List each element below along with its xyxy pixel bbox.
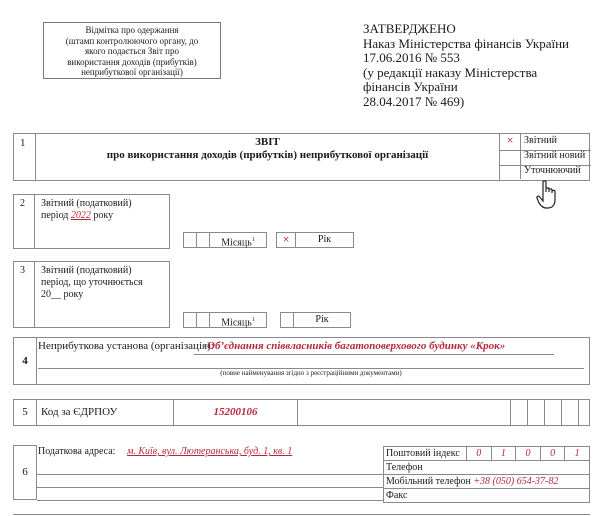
month-checkbox-2[interactable] [197, 313, 210, 327]
report-type-clarifying[interactable]: Уточнюючий [499, 164, 591, 180]
organization-name-field[interactable]: Об’єднання співвласників багатоповерхово… [207, 340, 505, 352]
postal-digit[interactable]: 1 [491, 447, 516, 460]
year-checkbox[interactable]: × [277, 233, 296, 247]
year-label: Рік [294, 313, 350, 327]
edrpou-blank-field[interactable] [297, 400, 511, 425]
row-number: 5 [14, 400, 37, 425]
reporting-period-row: 2 Звітний (податковий) період 2022 року [13, 194, 170, 249]
year-checkbox[interactable] [281, 313, 294, 327]
approval-block: ЗАТВЕРДЖЕНО Наказ Міністерства фінансів … [363, 22, 593, 110]
address-field[interactable]: м. Київ, вул. Лютеранська, буд. 1, кв. 1 [127, 446, 292, 457]
stamp-line: неприбуткової організації) [44, 67, 220, 78]
clarified-month-selector: Місяць1 [183, 312, 267, 328]
period-prefix: період [41, 210, 68, 221]
hand-pointer-cursor-icon [536, 180, 558, 210]
month-checkbox[interactable] [184, 313, 197, 327]
digit-box[interactable] [510, 400, 528, 425]
reporting-period-label: Звітний (податковий) період 2022 року [41, 198, 169, 222]
period-label-line: Звітний (податковий) [41, 198, 169, 210]
report-title: ЗВІТ про використання доходів (прибутків… [36, 134, 499, 180]
organization-label: Неприбуткова установа (організація): [38, 340, 214, 352]
digit-box[interactable] [544, 400, 562, 425]
report-heading: ЗВІТ [36, 136, 499, 149]
stamp-line: Відмітка про одержання [44, 25, 220, 36]
checkbox-reporting-new[interactable] [500, 149, 521, 164]
clarified-period-row: 3 Звітний (податковий) період, що уточню… [13, 261, 170, 328]
digit-box[interactable] [527, 400, 545, 425]
organization-hint: (повне найменування згідно з реєстраційн… [38, 369, 584, 377]
year-selector: × Рік [276, 232, 354, 248]
period-label-line: період 2022 року [41, 210, 169, 222]
report-title-row: 1 ЗВІТ про використання доходів (прибутк… [13, 133, 590, 181]
month-label: Місяць1 [210, 313, 266, 327]
postal-digit[interactable]: 1 [564, 447, 589, 460]
month-label: Місяць1 [210, 233, 266, 247]
approval-line: фінансів України [363, 80, 593, 95]
bottom-divider [13, 514, 590, 515]
clarified-period-label: Звітний (податковий) період, що уточнюєт… [41, 265, 169, 301]
checkbox-clarifying[interactable] [500, 164, 521, 179]
row-number: 3 [14, 262, 35, 327]
postal-digit[interactable]: 0 [466, 447, 491, 460]
report-type-options: × Звітний Звітний новий Уточнюючий [499, 134, 589, 180]
stamp-line: (штамп контролюючого органу, до [44, 36, 220, 47]
digit-box[interactable] [561, 400, 579, 425]
edrpou-label: Код за ЄДРПОУ [36, 400, 174, 425]
receipt-stamp-box: Відмітка про одержання (штамп контролююч… [43, 22, 221, 79]
fax-row[interactable]: Факс [384, 489, 589, 503]
reporting-year-field[interactable]: 2022 [71, 210, 91, 221]
month-selector: Місяць1 [183, 232, 267, 248]
approval-line: (у редакції наказу Міністерства [363, 66, 593, 81]
report-type-label: Звітний [524, 135, 557, 146]
approval-line: Наказ Міністерства фінансів України [363, 37, 593, 52]
stamp-line: використання доходів (прибутків) [44, 57, 220, 68]
mobile-row[interactable]: Мобільний телефон +38 (050) 654-37-82 [384, 475, 589, 489]
postal-digit[interactable]: 0 [515, 447, 540, 460]
mobile-label: Мобільний телефон [386, 476, 471, 487]
approval-line: 28.04.2017 № 469) [363, 95, 593, 110]
row-number: 1 [14, 134, 36, 180]
month-checkbox-2[interactable] [197, 233, 210, 247]
approval-line: 17.06.2016 № 553 [363, 51, 593, 66]
month-checkbox[interactable] [184, 233, 197, 247]
stamp-line: якого подається Звіт про [44, 46, 220, 57]
address-row-number-cell: 6 [13, 445, 37, 500]
address-line[interactable] [37, 487, 383, 488]
checkbox-reporting[interactable]: × [500, 134, 521, 149]
organization-row: 4 Неприбуткова установа (організація): О… [13, 337, 590, 385]
address-line[interactable] [37, 500, 383, 501]
postal-digit[interactable]: 0 [540, 447, 565, 460]
phone-row[interactable]: Телефон [384, 461, 589, 475]
address-line[interactable] [37, 474, 383, 475]
period-label-line: період, що уточнюється [41, 277, 169, 289]
period-label-line[interactable]: 20__ року [41, 289, 169, 301]
postal-code-field[interactable]: 0 1 0 0 1 [466, 447, 589, 460]
phone-label: Телефон [386, 462, 423, 473]
year-label: Рік [296, 233, 353, 247]
report-subtitle: про використання доходів (прибутків) неп… [36, 149, 499, 162]
approval-line: ЗАТВЕРДЖЕНО [363, 22, 593, 37]
organization-underline [194, 354, 554, 355]
period-suffix: року [93, 210, 113, 221]
clarified-year-selector: Рік [280, 312, 351, 328]
row-number: 6 [14, 446, 36, 499]
row-number: 4 [14, 338, 37, 384]
report-type-label: Звітний новий [524, 150, 585, 161]
edrpou-code-field[interactable]: 15200106 [174, 400, 298, 425]
report-type-label: Уточнюючий [524, 165, 581, 176]
row-number: 2 [14, 195, 35, 248]
postal-label: Поштовий індекс [386, 448, 460, 459]
postal-code-row: Поштовий індекс 0 1 0 0 1 [384, 447, 589, 461]
address-label: Податкова адреса: [38, 446, 115, 457]
period-label-line: Звітний (податковий) [41, 265, 169, 277]
fax-label: Факс [386, 490, 407, 501]
mobile-phone-field[interactable]: +38 (050) 654-37-82 [473, 476, 558, 487]
contacts-table: Поштовий індекс 0 1 0 0 1 Телефон Мобіль… [383, 446, 590, 503]
edrpou-row: 5 Код за ЄДРПОУ 15200106 [13, 399, 590, 426]
